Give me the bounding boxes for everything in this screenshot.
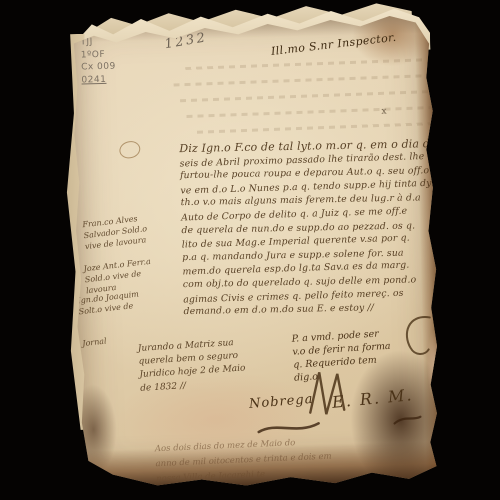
pencil-circle-doodle (118, 139, 142, 160)
margin-note-witness: Fran.co Alves Salvador Sold.o vive de la… (82, 212, 149, 252)
margin-note-witness: Ign.do Joaquim Solt.o vive de Jornal (77, 288, 144, 349)
archival-label-line: 0241 (81, 73, 116, 86)
bleed-through-line (185, 58, 433, 70)
archival-label-line: Cx 009 (81, 61, 116, 74)
pen-stroke-flourish (392, 414, 422, 427)
bleed-through-line (180, 90, 438, 102)
judge-signature: Nobrega (248, 392, 313, 412)
closing-request-block: P. a vmd. pode ser v.o de ferir na forma… (291, 327, 392, 385)
archival-label-line: 1ºOF (81, 48, 116, 61)
bleed-through-line (174, 74, 440, 87)
bleed-through-line (186, 106, 436, 118)
petition-body: Diz Ign.o F.co de tal lyt.o m.or q. em o… (179, 136, 440, 319)
addressee-line: Ill.mo S.nr Inspector. (270, 31, 397, 58)
margin-note-line: Jornal (82, 331, 145, 349)
faded-footer-note: Aos dois dias do mez de Maio do anno de … (155, 435, 333, 488)
document-photo: TJJ 1ºOF Cx 009 0241 1232 Ill.mo S.nr In… (0, 0, 500, 500)
pencil-x-mark: x (381, 107, 386, 117)
initial-loop-flourish (400, 313, 437, 360)
closing-date-block: Jurando a Matriz sua querela bem o segur… (138, 336, 247, 395)
archival-label: TJJ 1ºOF Cx 009 0241 (80, 36, 116, 87)
manuscript-page: TJJ 1ºOF Cx 009 0241 1232 Ill.mo S.nr In… (64, 5, 446, 495)
bleed-through-line (197, 122, 433, 134)
